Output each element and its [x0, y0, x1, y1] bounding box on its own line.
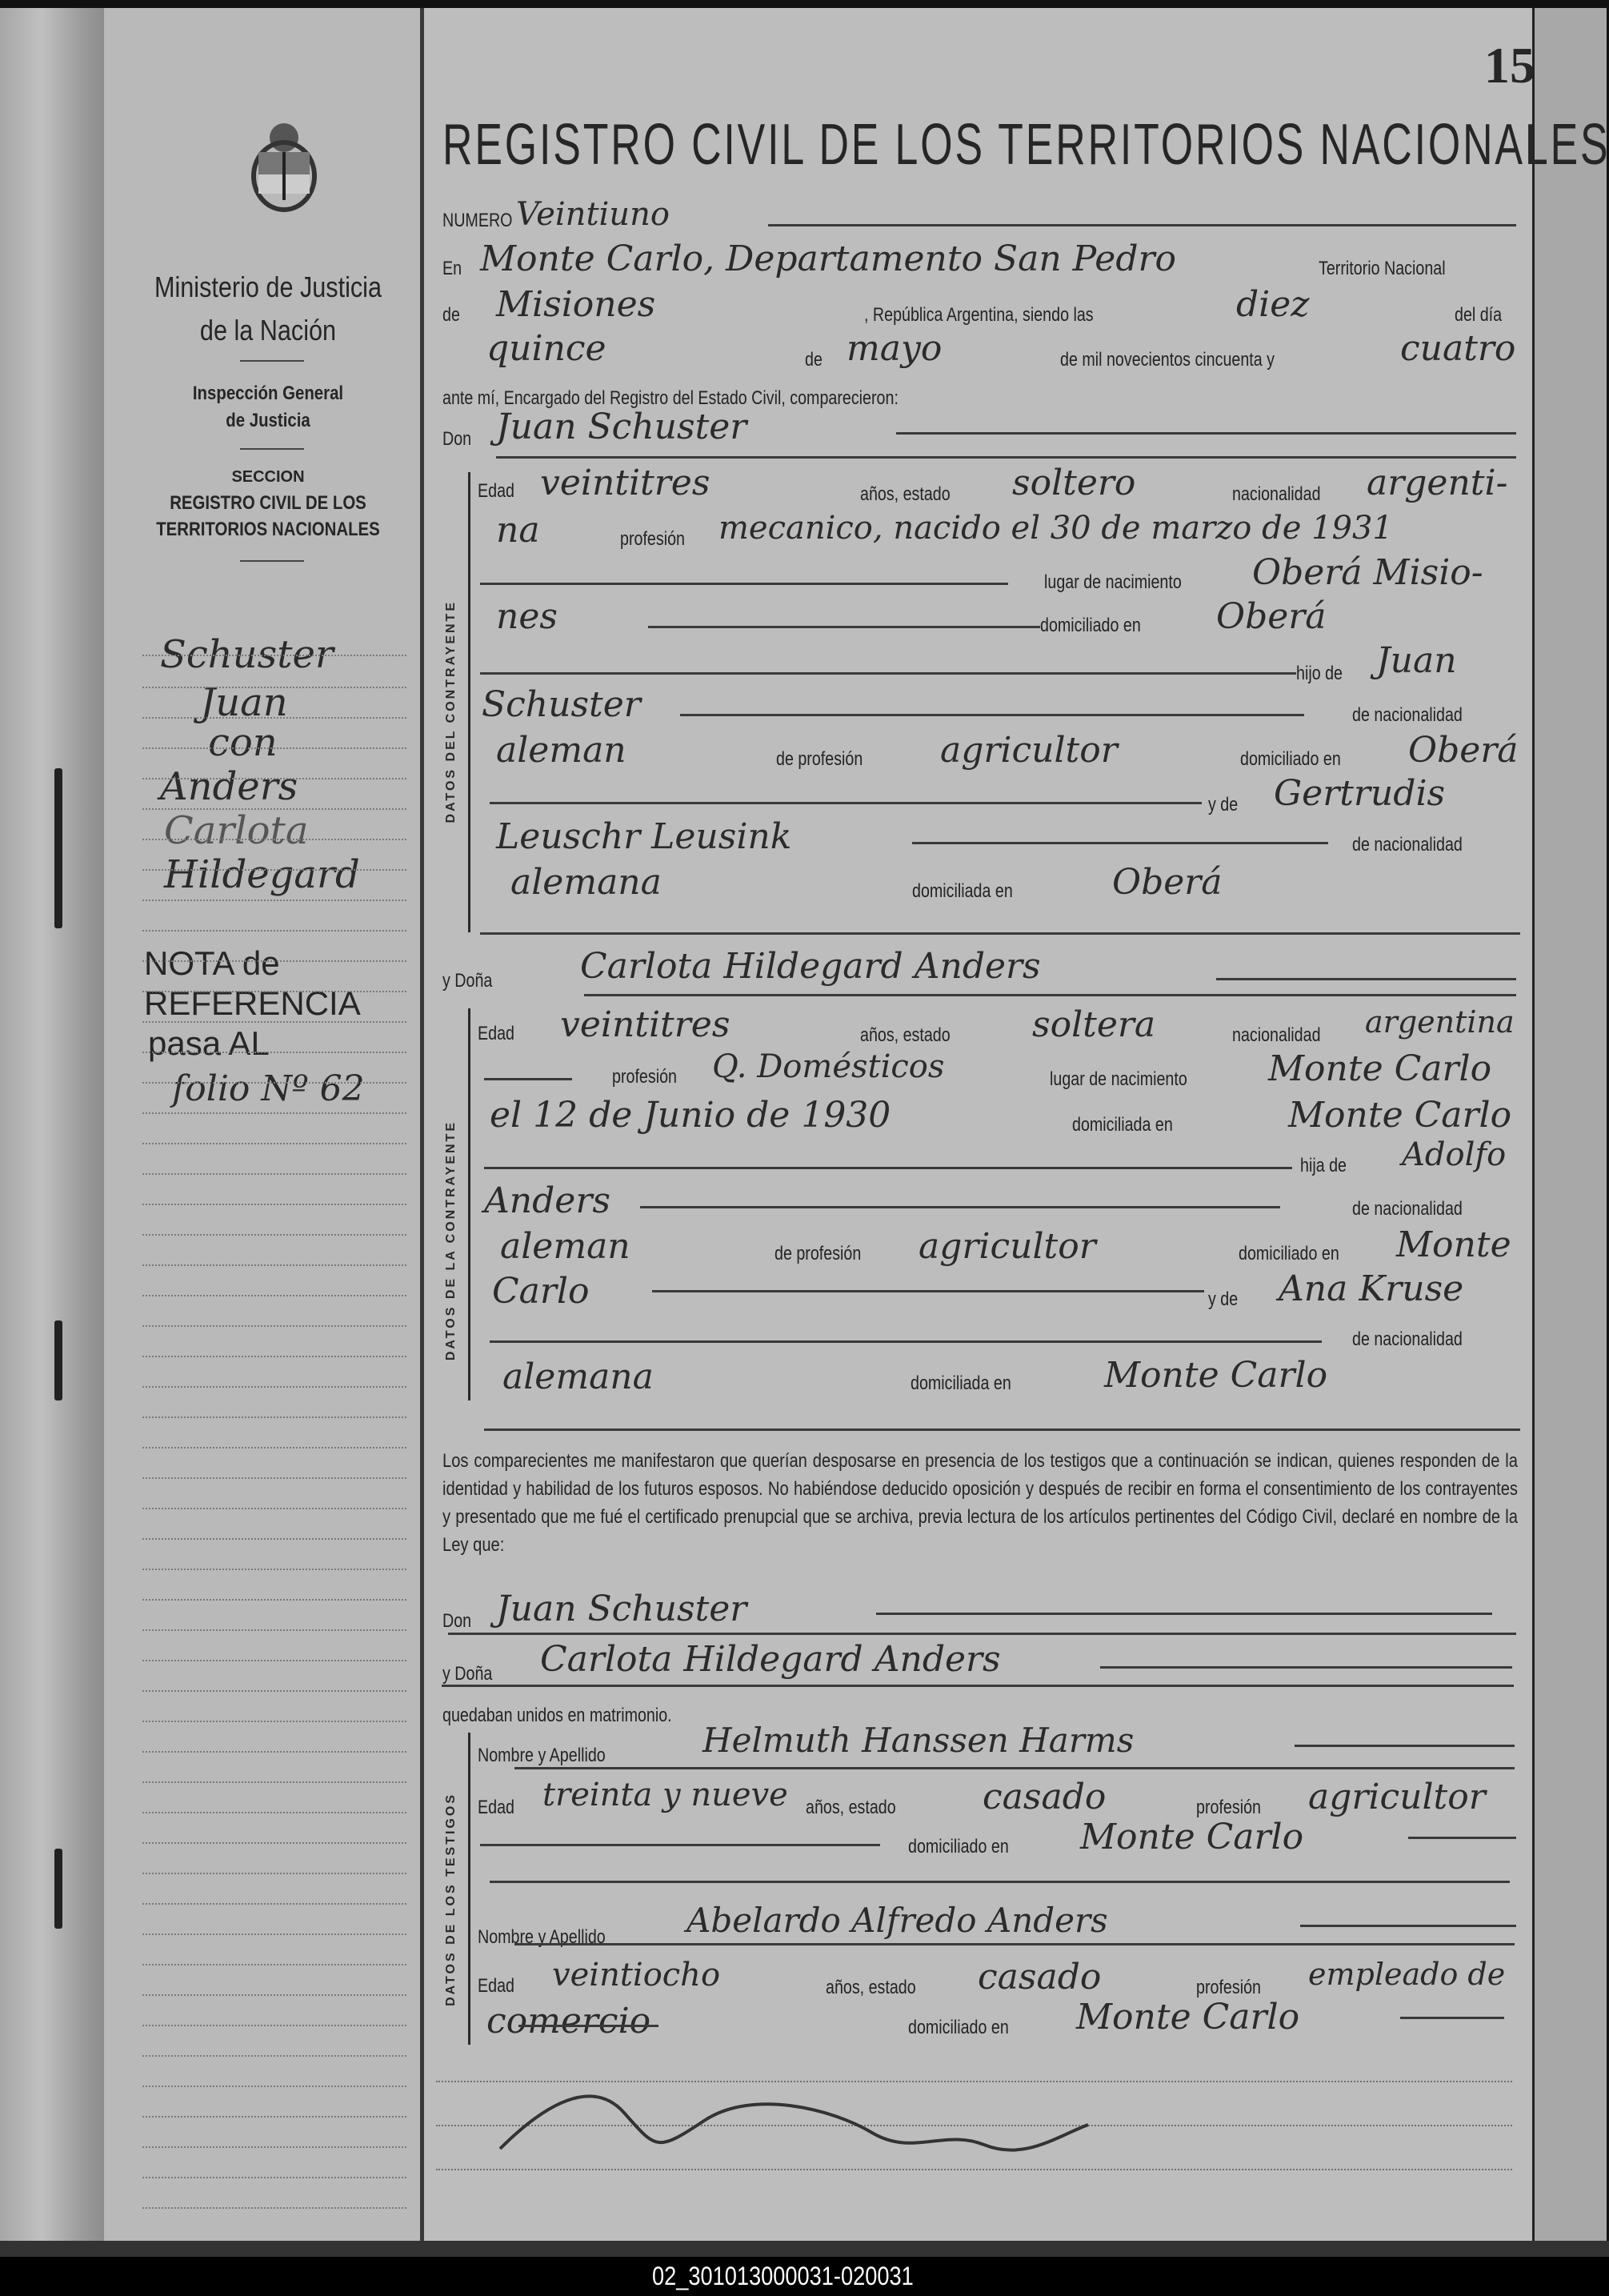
contrayente-nacionalidad: argenti-	[1367, 463, 1507, 503]
ruled-line	[142, 1933, 406, 1935]
staple	[54, 1320, 62, 1400]
cancellation-squiggle	[496, 2089, 1152, 2153]
contrayente-domicilio: Oberá	[1216, 596, 1327, 637]
contrayenta-padre: Adolfo	[1402, 1136, 1506, 1173]
dona-label: y Doña	[442, 970, 492, 992]
contrayente-padre: Juan	[1376, 640, 1457, 681]
section-bracket	[468, 1733, 470, 2045]
en-label: En	[442, 258, 462, 280]
ruled-line	[142, 1751, 406, 1753]
declaracion-don: Juan Schuster	[496, 1589, 746, 1629]
margin-note-line: folio Nº 62	[172, 1068, 365, 1109]
inspection-line1: Inspección General	[142, 383, 394, 405]
fill-line	[514, 1943, 1515, 1945]
fill-line	[442, 1685, 1514, 1687]
ruled-line	[142, 1994, 406, 1996]
fill-line	[648, 626, 1040, 628]
madre-nacionalidad-label: de nacionalidad	[1352, 1328, 1463, 1351]
contrayenta-fecha-nac: el 12 de Junio de 1930	[490, 1095, 891, 1136]
anios-estado-label: años, estado	[806, 1797, 896, 1819]
ruled-line	[142, 747, 406, 749]
nacionalidad-label: nacionalidad	[1232, 1024, 1321, 1047]
hija-label: hija de	[1300, 1155, 1347, 1177]
ruled-line	[142, 1234, 406, 1236]
contrayenta-domicilio: Monte Carlo	[1288, 1095, 1511, 1136]
dona-label: y Doña	[442, 1663, 492, 1685]
testigo2-profesion-cont: comercio	[486, 2001, 650, 2042]
fill-line	[876, 1613, 1492, 1615]
ruled-line	[142, 1508, 406, 1509]
padre-profesion: agricultor	[940, 730, 1118, 771]
section-label: SECCION	[120, 468, 416, 487]
numero-label: NUMERO	[442, 210, 512, 232]
ruled-line	[142, 960, 406, 962]
edad-label: Edad	[478, 1797, 514, 1819]
fill-line	[484, 1078, 572, 1080]
section-bracket	[468, 1008, 470, 1400]
section-line2: TERRITORIOS NACIONALES	[142, 519, 394, 541]
section-bracket	[468, 472, 470, 932]
fill-line	[1295, 1745, 1515, 1747]
anios-estado-label: años, estado	[860, 1024, 951, 1047]
page-edge	[1532, 8, 1607, 2241]
testigo1-profesion: agricultor	[1308, 1777, 1486, 1817]
domicilio-label: domiciliada en	[912, 880, 1013, 903]
dia-value: quince	[486, 328, 606, 369]
testigo2-profesion: empleado de	[1308, 1957, 1505, 1992]
ruled-line	[142, 1873, 406, 1874]
ruled-line	[142, 1660, 406, 1661]
contrayente-lugar-nac: Oberá Misio-	[1252, 552, 1483, 593]
fill-line	[768, 224, 1516, 226]
profesion-label: profesión	[620, 528, 685, 551]
de-nacionalidad-label: de nacionalidad	[1352, 704, 1463, 727]
contrayenta-padre-domicilio-cont: Carlo	[492, 1271, 590, 1312]
fill-line	[514, 1767, 1515, 1769]
ruled-line	[142, 930, 406, 932]
contrayenta-padre-profesion: agricultor	[919, 1226, 1096, 1267]
de-profesion-label: de profesión	[776, 748, 863, 771]
de-profesion-label: de profesión	[774, 1243, 861, 1265]
ruled-line	[142, 1173, 406, 1175]
contrayenta-madre-domicilio: Monte Carlo	[1104, 1355, 1327, 1396]
ruled-line	[142, 2025, 406, 2026]
ruled-line	[142, 1538, 406, 1540]
contrayenta-madre-nacionalidad: alemana	[502, 1356, 654, 1397]
contrayente-side-label: DATOS DEL CONTRAYENTE	[444, 600, 458, 823]
ruled-line	[142, 2177, 406, 2178]
contrayenta-profesion: Q. Domésticos	[712, 1048, 944, 1085]
testigo2-domicilio: Monte Carlo	[1076, 1997, 1299, 2038]
ruled-line	[142, 1447, 406, 1449]
lugar-nac-label: lugar de nacimiento	[1044, 571, 1182, 594]
fill-line	[490, 1340, 1322, 1343]
fill-line	[912, 842, 1328, 844]
fill-line	[496, 456, 1516, 459]
numero-value: Veintiuno	[516, 196, 670, 233]
section-line1: REGISTRO CIVIL DE LOS	[142, 492, 394, 515]
fill-line	[896, 432, 1516, 435]
contrayenta-madre: Ana Kruse	[1279, 1268, 1463, 1309]
ruled-line	[142, 717, 406, 719]
folio-number: 15	[1484, 36, 1535, 95]
ruled-line	[142, 1386, 406, 1388]
contrayenta-estado: soltera	[1032, 1004, 1155, 1045]
contrayenta-padre-cont: Anders	[484, 1180, 610, 1221]
edad-label: Edad	[478, 1975, 514, 1997]
nombre-apellido-label: Nombre y Apellido	[478, 1745, 606, 1767]
fill-line	[480, 583, 1008, 585]
ruled-line	[142, 1295, 406, 1296]
fill-line	[1400, 2017, 1504, 2019]
anios-estado-label: años, estado	[826, 1977, 916, 1999]
ruled-line	[142, 1842, 406, 1844]
anios-estado-label: años, estado	[860, 483, 951, 506]
ruled-line	[142, 1629, 406, 1631]
fill-line	[480, 1844, 880, 1846]
contrayenta-nombre: Carlota Hildegard Anders	[580, 946, 1041, 987]
fill-line	[448, 1633, 1516, 1635]
declaration-paragraph: Los comparecientes me manifestaron que q…	[442, 1447, 1518, 1559]
contrayente-edad: veintitres	[540, 463, 710, 503]
contrayente-estado: soltero	[1012, 463, 1135, 503]
contrayente-profesion: mecanico, nacido el 30 de marzo de 1931	[718, 510, 1393, 547]
ruled-line	[142, 991, 406, 992]
margin-note-line: con	[208, 720, 278, 765]
contrayente-padre-cont: Schuster	[482, 684, 641, 725]
ruled-line	[436, 2169, 1512, 2170]
margin-note-line: NOTA de	[144, 944, 280, 983]
fill-line	[484, 1167, 1292, 1169]
testigo2-edad: veintiocho	[552, 1957, 720, 1993]
contrayenta-lugar-nac: Monte Carlo	[1268, 1048, 1491, 1089]
declaracion-dona: Carlota Hildegard Anders	[540, 1639, 1001, 1680]
ruled-line	[142, 900, 406, 901]
contrayente-nacionalidad-cont: na	[496, 510, 540, 551]
ruled-line	[142, 1477, 406, 1479]
fill-line	[652, 1290, 1204, 1292]
testigo1-estado: casado	[983, 1777, 1106, 1817]
fill-line	[1216, 978, 1516, 980]
contrayenta-padre-nacionalidad: aleman	[500, 1226, 630, 1267]
ruled-line	[142, 1356, 406, 1357]
contrayenta-nacionalidad: argentina	[1365, 1004, 1515, 1040]
profesion-label: profesión	[1196, 1977, 1261, 1999]
profesion-label: profesión	[612, 1066, 677, 1088]
fill-line	[490, 1881, 1510, 1883]
testigos-side-label: DATOS DE LOS TESTIGOS	[444, 1793, 458, 2006]
page-shadow	[0, 2241, 1609, 2257]
hora-value: diez	[1236, 284, 1309, 325]
ruled-line	[142, 839, 406, 840]
territorio-value: Misiones	[496, 284, 655, 325]
ruled-line	[142, 869, 406, 871]
ruled-line	[142, 2086, 406, 2087]
ruled-line	[142, 1903, 406, 1905]
madre-nacionalidad: alemana	[510, 862, 662, 903]
testigo1-nombre: Helmuth Hanssen Harms	[702, 1721, 1134, 1760]
ministry-line2: de la Nación	[142, 314, 394, 347]
ruled-line	[142, 1812, 406, 1813]
fill-line	[480, 672, 1296, 675]
ruled-line	[142, 687, 406, 688]
madre-nacionalidad-label: de nacionalidad	[1352, 834, 1463, 856]
domicilio-label: domiciliado en	[1240, 748, 1341, 771]
testigo1-domicilio: Monte Carlo	[1080, 1817, 1303, 1857]
edad-label: Edad	[478, 480, 514, 503]
ruled-line	[142, 2055, 406, 2057]
ruled-line	[142, 1082, 406, 1084]
ruled-line	[142, 808, 406, 810]
testigo2-nombre: Abelardo Alfredo Anders	[686, 1901, 1108, 1940]
contrayenta-padre-domicilio: Monte	[1396, 1224, 1511, 1265]
domicilio-label: domiciliado en	[1040, 615, 1141, 637]
ruled-line	[142, 2207, 406, 2209]
staple	[54, 768, 62, 928]
anio-label: de mil novecientos cincuenta y	[1060, 349, 1275, 371]
contrayente-lugar-nac-cont: nes	[496, 596, 558, 637]
domicilio-label: domiciliada en	[1072, 1114, 1173, 1136]
ruled-line	[142, 1721, 406, 1722]
fill-line	[1300, 1925, 1516, 1927]
de-nacionalidad-label: de nacionalidad	[1352, 1198, 1463, 1220]
domicilio-label: domiciliado en	[908, 1836, 1009, 1858]
contrayente-madre: Gertrudis	[1274, 773, 1445, 814]
ruled-line	[142, 1325, 406, 1327]
contrayenta-edad: veintitres	[560, 1004, 730, 1045]
margin-note-line: pasa AL	[148, 1024, 270, 1063]
territorio-label: Territorio Nacional	[1319, 258, 1446, 280]
divider	[240, 560, 304, 562]
ruled-line	[142, 1599, 406, 1601]
lugar-value: Monte Carlo, Departamento San Pedro	[480, 238, 1176, 279]
contrayente-nombre: Juan Schuster	[496, 407, 746, 447]
inspection-line2: de Justicia	[142, 410, 394, 432]
ruled-line	[142, 655, 406, 656]
ruled-line	[142, 1781, 406, 1783]
fill-line	[484, 1428, 1520, 1431]
margin-note-line: Carlota	[164, 808, 308, 853]
del-dia-label: del día	[1455, 304, 1502, 327]
ruled-line	[142, 1416, 406, 1418]
domicilio-label: domiciliado en	[1239, 1243, 1339, 1265]
image-code: 02_301013000031-020031	[652, 2262, 914, 2291]
contrayente-madre-cont: Leuschr Leusink	[496, 816, 791, 857]
ruled-line	[142, 778, 406, 779]
ruled-line	[142, 2116, 406, 2118]
fill-line	[584, 994, 1516, 996]
fill-line	[680, 714, 1304, 716]
fill-line	[640, 1206, 1280, 1208]
fill-line	[1408, 1837, 1516, 1839]
fill-line	[490, 802, 1202, 804]
domicilio-label: domiciliado en	[908, 2017, 1009, 2039]
nacionalidad-label: nacionalidad	[1232, 483, 1321, 506]
republica-label: , República Argentina, siendo las	[864, 304, 1094, 327]
ruled-line	[142, 1052, 406, 1053]
fill-line	[480, 932, 1520, 935]
edad-label: Edad	[478, 1023, 514, 1045]
ruled-line	[142, 2146, 406, 2148]
staple	[54, 1849, 62, 1929]
margin-note-line: Hildegard	[164, 852, 360, 897]
page-title: REGISTRO CIVIL DE LOS TERRITORIOS NACION…	[442, 112, 1609, 178]
divider	[240, 360, 304, 362]
padre-domicilio: Oberá	[1408, 730, 1519, 771]
ruled-line	[142, 1569, 406, 1570]
lugar-nac-label: lugar de nacimiento	[1050, 1068, 1187, 1091]
anio-value: cuatro	[1400, 328, 1515, 369]
divider	[240, 448, 304, 450]
ruled-line	[142, 1021, 406, 1023]
mes-value: mayo	[847, 328, 942, 369]
testigo2-estado: casado	[978, 1957, 1101, 1997]
ruled-line	[436, 2081, 1512, 2082]
de-label: de	[442, 304, 460, 327]
domicilio-label: domiciliada en	[911, 1372, 1011, 1395]
don-label: Don	[442, 1610, 471, 1633]
de-label: de	[805, 349, 823, 371]
unidos-label: quedaban unidos en matrimonio.	[442, 1705, 672, 1727]
fill-line	[1100, 1666, 1512, 1669]
ruled-line	[142, 1964, 406, 1965]
ruled-line	[142, 1143, 406, 1144]
ruled-line	[142, 1690, 406, 1692]
madre-domicilio: Oberá	[1112, 862, 1223, 903]
fill-line	[518, 2025, 658, 2027]
ruled-line	[142, 1112, 406, 1114]
y-de-label: y de	[1208, 1288, 1238, 1311]
ruled-line	[142, 1204, 406, 1205]
padre-nacionalidad: aleman	[496, 730, 626, 771]
testigo1-edad: treinta y nueve	[542, 1777, 788, 1813]
ruled-line	[142, 1264, 406, 1266]
ministry-line1: Ministerio de Justicia	[142, 270, 394, 304]
margin-note-line: Anders	[160, 764, 298, 809]
profesion-label: profesión	[1196, 1797, 1261, 1819]
don-label: Don	[442, 428, 471, 451]
argentine-coat-of-arms-icon	[244, 120, 324, 216]
book-spine	[0, 8, 104, 2249]
hijo-label: hijo de	[1296, 663, 1343, 685]
contrayenta-side-label: DATOS DE LA CONTRAYENTE	[444, 1120, 458, 1360]
y-de-label: y de	[1208, 794, 1238, 816]
